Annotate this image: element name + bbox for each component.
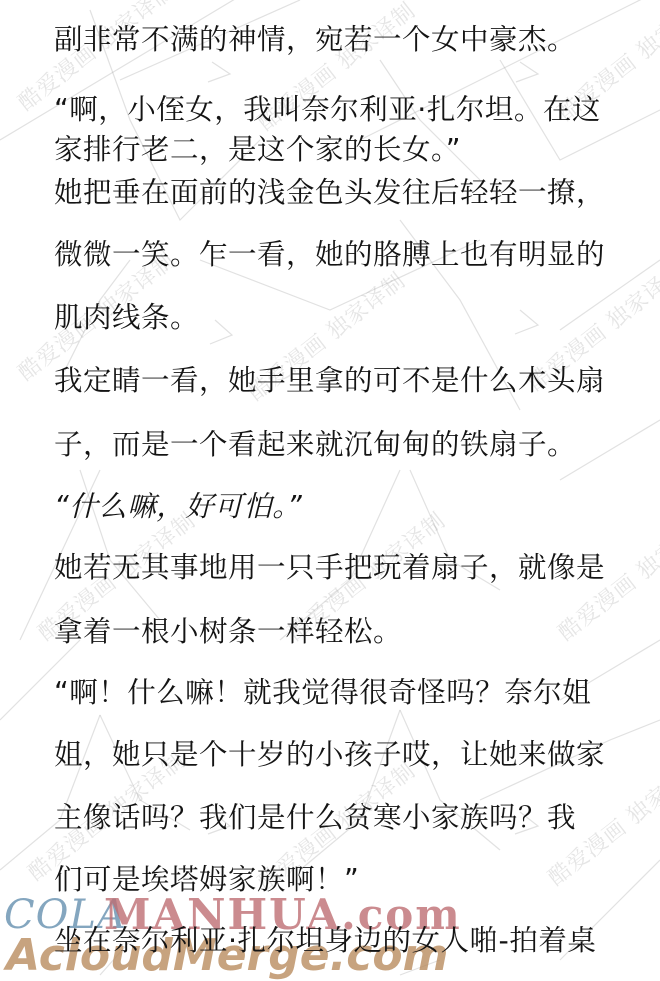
text-line: 子，而是一个看起来就沉甸甸的铁扇子。 [54, 427, 576, 463]
novel-page: 酷爱漫画 独家译制 酷爱漫画 独家译制 酷爱漫画 独家译制 酷爱漫画 独家译制 … [0, 0, 660, 981]
text-line: 坐在奈尔利亚·扎尔坦身边的女人啪-拍着桌 [54, 923, 596, 959]
text-line: 家排行老二，是这个家的长女。” [54, 132, 461, 168]
text-line: 副非常不满的神情，宛若一个女中豪杰。 [54, 22, 576, 58]
text-line: 肌肉线条。 [54, 300, 199, 336]
text-line: 姐，她只是个十岁的小孩子哎，让她来做家 [54, 737, 605, 773]
text-line: 我定睛一看，她手里拿的可不是什么木头扇 [54, 363, 605, 399]
text-line: 们可是埃塔姆家族啊！” [54, 862, 359, 898]
text-line: “啊！什么嘛！就我觉得很奇怪吗？奈尔姐 [54, 675, 591, 711]
text-line: 主像话吗？我们是什么贫寒小家族吗？我 [54, 800, 576, 836]
text-line: 拿着一根小树条一样轻松。 [54, 614, 402, 650]
text-line: 她把垂在面前的浅金色头发往后轻轻一撩， [54, 175, 605, 211]
text-line: “啊，小侄女，我叫奈尔利亚·扎尔坦。在这 [54, 92, 601, 128]
text-line: 她若无其事地用一只手把玩着扇子，就像是 [54, 550, 605, 586]
text-line: 微微一笑。乍一看，她的胳膊上也有明显的 [54, 237, 605, 273]
text-line-italic-dialogue: “什么嘛，好可怕。” [54, 489, 302, 525]
